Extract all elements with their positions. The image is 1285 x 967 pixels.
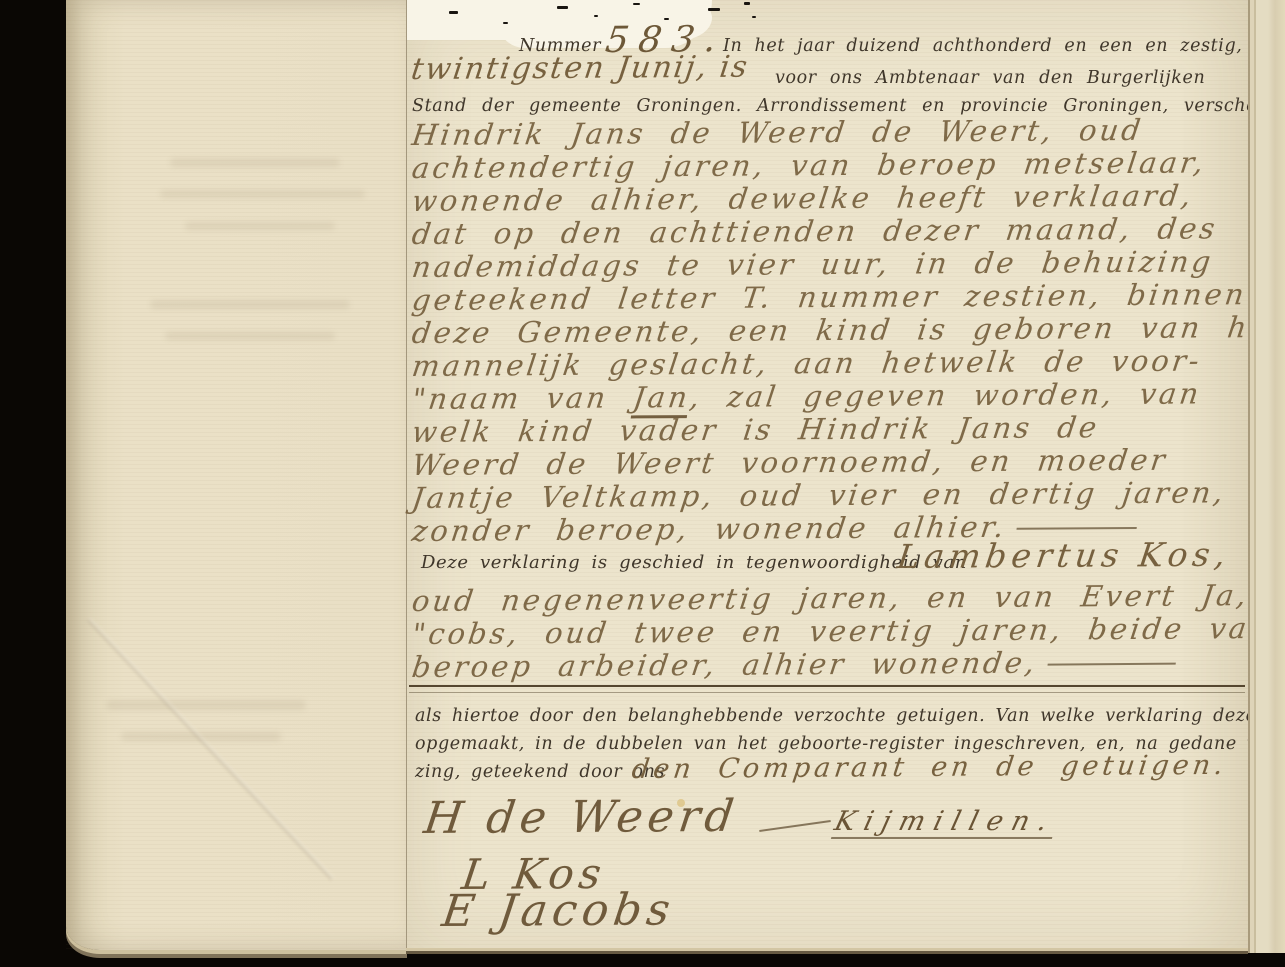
witness-intro-printed: Deze verklaring is geschied in tegenwoor… — [421, 552, 967, 573]
paper-texture — [66, 0, 407, 950]
name-line-prefix: "naam van — [410, 380, 636, 416]
witness-line: beroep arbeider, alhier wonende, — [410, 645, 1178, 684]
year-line: In het jaar duizend achthonderd en een e… — [723, 36, 1285, 56]
next-page-edge — [1248, 0, 1285, 953]
flourish-line — [1016, 527, 1136, 530]
ink-speck — [633, 3, 640, 5]
witness-first: Lambertus Kos, — [895, 535, 1233, 576]
ink-speck — [752, 16, 756, 18]
signature-registrar: Kijmillen. — [831, 806, 1060, 839]
ink-speck — [503, 22, 508, 24]
birth-act-page: Nummer 583. In het jaar duizend achthond… — [406, 0, 1248, 948]
stand-line: Stand der gemeente Groningen. Arrondisse… — [412, 96, 1285, 116]
ink-bleedthrough — [106, 700, 306, 710]
ink-bleedthrough — [170, 158, 340, 167]
ink-bleedthrough — [160, 190, 365, 198]
ink-bleedthrough — [185, 222, 335, 230]
closing-handwritten: den Comparant en de getuigen. — [630, 750, 1229, 785]
ink-speck — [744, 2, 750, 5]
ink-speck — [594, 15, 598, 17]
page-crease — [87, 618, 334, 880]
flourish-line — [1047, 663, 1175, 666]
signature-witness-2: E Jacobs — [439, 884, 678, 937]
ink-speck — [557, 6, 568, 9]
section-divider — [409, 685, 1245, 693]
book-binding-edges — [0, 0, 68, 962]
ink-speck — [708, 8, 720, 11]
date-handwritten: twintigsten Junij, is — [409, 50, 751, 87]
official-line: voor ons Ambtenaar van den Burgerlijken — [775, 68, 1205, 88]
register-scan: Nummer 583. In het jaar duizend achthond… — [0, 0, 1285, 967]
closing-line: als hiertoe door den belanghebbende verz… — [415, 706, 1285, 726]
ink-speck — [449, 11, 458, 14]
signature-father: H de Weerd — [421, 791, 742, 844]
signature-flourish — [759, 819, 831, 831]
signature-registrar-wrap: Kijmillen. — [759, 806, 1056, 839]
ink-bleedthrough — [165, 332, 335, 340]
witness-line-text: beroep arbeider, alhier wonende, — [410, 646, 1040, 684]
left-page — [66, 0, 407, 950]
closing-line: zing, geteekend door ons — [415, 762, 665, 782]
name-line-suffix: , zal gegeven worden, van — [688, 376, 1204, 414]
ink-bleedthrough — [150, 300, 350, 309]
